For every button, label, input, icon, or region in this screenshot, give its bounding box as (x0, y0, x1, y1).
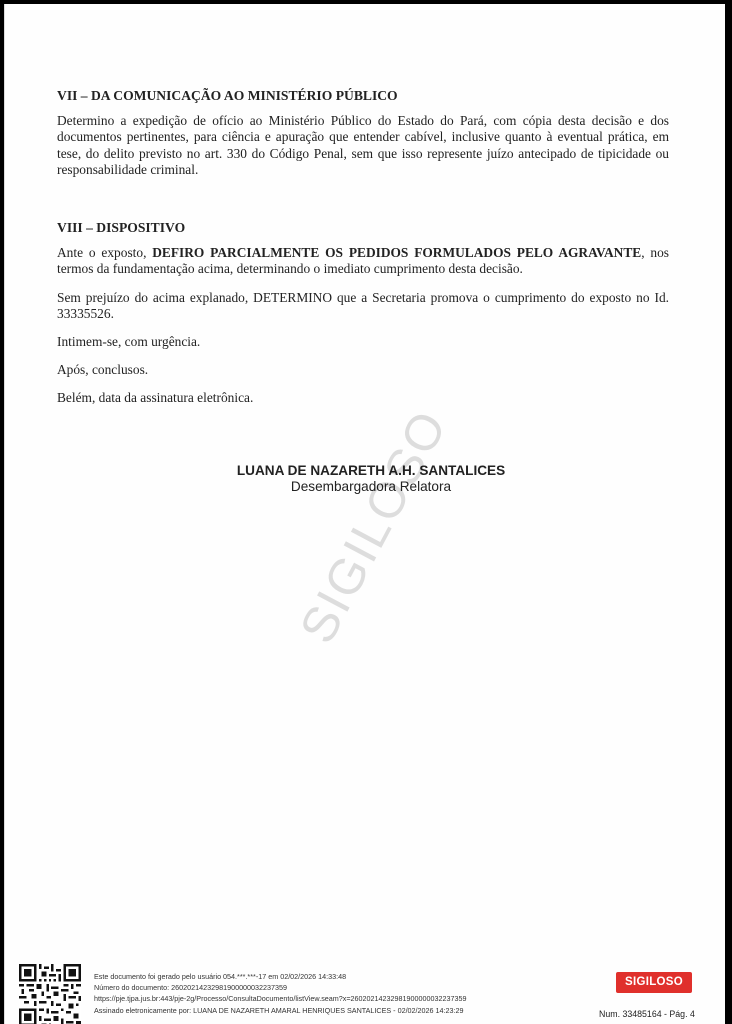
paragraph-intimem: Intimem-se, com urgência. (57, 334, 669, 350)
section-spacer (57, 190, 669, 220)
paragraph-dispositivo: Ante o exposto, DEFIRO PARCIALMENTE OS P… (57, 245, 669, 277)
document-body: VII – DA COMUNICAÇÃO AO MINISTÉRIO PÚBLI… (57, 88, 669, 419)
section-heading-vii: VII – DA COMUNICAÇÃO AO MINISTÉRIO PÚBLI… (57, 88, 669, 104)
page-number: Num. 33485164 - Pág. 4 (599, 1009, 695, 1019)
decision-bold-text: DEFIRO PARCIALMENTE OS PEDIDOS FORMULADO… (152, 245, 641, 260)
paragraph-belem: Belém, data da assinatura eletrônica. (57, 390, 669, 406)
paragraph-ministerio-publico: Determino a expedição de ofício ao Minis… (57, 113, 669, 178)
footer-document-url[interactable]: https://pje.tjpa.jus.br:443/pje-2g/Proce… (94, 993, 466, 1004)
text-prefix: Ante o exposto, (57, 245, 152, 260)
sigiloso-badge: SIGILOSO (616, 972, 692, 993)
signatory-role: Desembargadora Relatora (5, 479, 729, 495)
electronic-signature-footer: Este documento foi gerado pelo usuário 0… (94, 971, 466, 1016)
qr-code-icon[interactable] (19, 964, 81, 1024)
signatory-name: LUANA DE NAZARETH A.H. SANTALICES (5, 463, 729, 479)
signature-block: LUANA DE NAZARETH A.H. SANTALICES Desemb… (5, 463, 729, 495)
footer-document-number: Número do documento: 2602021423298190000… (94, 982, 466, 993)
document-page: VII – DA COMUNICAÇÃO AO MINISTÉRIO PÚBLI… (4, 4, 725, 1024)
footer-signed-by: Assinado eletronicamente por: LUANA DE N… (94, 1005, 466, 1016)
section-heading-viii: VIII – DISPOSITIVO (57, 220, 669, 236)
footer-generated-by: Este documento foi gerado pelo usuário 0… (94, 971, 466, 982)
paragraph-apos: Após, conclusos. (57, 362, 669, 378)
paragraph-determino: Sem prejuízo do acima explanado, DETERMI… (57, 290, 669, 322)
sigiloso-watermark: SIGILOSO (288, 413, 452, 652)
